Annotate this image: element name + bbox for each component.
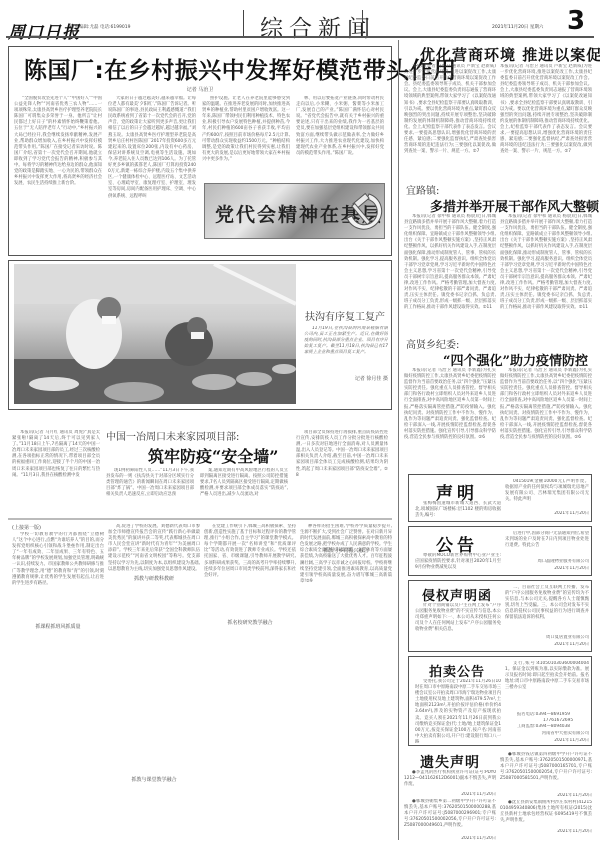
issue-date: 2021年11月20日 星期六 bbox=[492, 24, 543, 30]
section-title: 综合新闻 bbox=[260, 10, 376, 43]
notice-text: 张梅梅因遗城市新城大道西、长武大道北,项城国际广场楼栋:层1102 楼的购房收据… bbox=[415, 501, 501, 521]
notice-signature: 周口夏居置业有限公司 bbox=[505, 635, 589, 641]
continued-label: (上接第一版) bbox=[12, 524, 41, 531]
notice-text: 受委托,我公司定于2021年11月26日10时在周口市中原路南段中原二手车交易市… bbox=[415, 679, 501, 743]
notice-signature: 周口晶隆物业服务有限公司 bbox=[505, 559, 589, 565]
subheading: 抓教与乡村振兴融合 bbox=[300, 547, 392, 554]
article-kicker: 中国一冶周口未来家园项目部: bbox=[106, 428, 239, 443]
article-column: 本报讯(记者 徐中和 通讯员 杨晨)近日,郸城县宜路镇多措并举开展干部作风大整顿… bbox=[404, 214, 496, 318]
subheading: 抓教与研教科教研 bbox=[108, 575, 200, 582]
subheading: 抓课程抓班风抓质量 bbox=[12, 623, 104, 630]
article-title[interactable]: 优化营商环境 推进以案促改 bbox=[420, 44, 600, 65]
newspaper-logo: 周口日报 bbox=[8, 18, 80, 43]
party-congress-banner: 党代会精神在基层 bbox=[204, 183, 385, 239]
lead-article-column: 林、用以后要拓宽产业链条,同时带动村民走向以后,小米糊、小米粥、酱菜等小米加工厂… bbox=[296, 96, 384, 178]
subheading: 抓教与课堂教学融合 bbox=[108, 776, 200, 783]
lost-notice-date: 2021年11月20日 bbox=[404, 792, 496, 798]
lost-notice-date: 2021年11月20日 bbox=[500, 793, 592, 799]
lost-notice-date: 2021年11月20日 bbox=[404, 836, 496, 842]
article-column: 在党建工作统引下,郸城三高积极探索、坚持创新,创造性实施了基于目标和过程评价的教… bbox=[204, 524, 296, 842]
page-number: 3 bbox=[567, 6, 585, 36]
infringement-notice: 侵权声明函 针对个别商铺以及户主在网上发布“户序公园服务免收物业费”的不实宣传与… bbox=[408, 580, 592, 652]
auction-notice: 拍卖公告 受委托,我公司定于2021年11月26日10时在周口市中原路南段中原二… bbox=[408, 656, 592, 746]
notice-title: 侵权声明函 bbox=[413, 585, 501, 604]
article-column: 本报讯(记者 马治卫 通讯员 李新鑫)为扎实做好疫情防控工作,太康县高贤乡纪委把… bbox=[404, 368, 496, 472]
lost-notice-title: 遗失声明 bbox=[404, 752, 496, 772]
notice-title: 拍卖公告 bbox=[413, 661, 501, 680]
statement-notice: 声明 张梅梅因遗城市新城大道西、长武大道北,项城国际广场楼栋:层1102 楼的购… bbox=[408, 474, 592, 522]
lead-article-title[interactable]: 陈国厂:在乡村振兴中发挥好模范带头作用 bbox=[24, 52, 457, 85]
article-column: 本报讯(记者 马治卫 通讯员 卢新宝 赵新威)为进一步优化营商环境,推进以案促改… bbox=[500, 64, 592, 156]
notice-date: 2021年11月20日 bbox=[505, 511, 589, 517]
lost-notice-date: 2021年11月20日 bbox=[500, 829, 592, 835]
article-title[interactable]: 多措并举开展干部作风大整顿 bbox=[430, 196, 599, 215]
lead-article-byline: 记者 马治卫 bbox=[0, 86, 400, 93]
column-divider bbox=[398, 40, 399, 840]
article-column: 种各样的招生困难,学校办学质量稳步提升,生源不断扩大,受到社会广泛赞誉。在对日新… bbox=[300, 524, 392, 842]
photo-caption-text: 11月19日,在扶沟县的河南某鞋服有限公司内,员工正在加紧生产。近日,在做好防疫… bbox=[304, 326, 388, 374]
notice-text: 二、目前社会上及互联网上传播、发布的“户序公园服务免收物业费”的宣传均为不实信息… bbox=[505, 585, 589, 633]
lead-article-column: 大家的日子越过越美好,越来越幸福。让每位老人都有最美‘夕阳红’,”陈国厂告诉记者… bbox=[108, 96, 196, 248]
subheading: 抓名校研究教学融合 bbox=[204, 619, 296, 626]
lead-article-column: “全国脱贫攻坚先进个人”“中国好人”“中国公益先锋人物”“河南省优秀三农人物”…… bbox=[14, 96, 102, 248]
article-column: 本报讯(记者 马治卫 通讯员 李新鑫)为扎实做好疫情防控工作,太康县高贤乡纪委把… bbox=[500, 368, 592, 472]
article-column: 本报讯(记者 徐中和 通讯员 杨晨)近日,郸城县宜路镇多措并举开展干部作风大整顿… bbox=[500, 214, 592, 318]
lost-notice-item: ●李孟兆的医疗机构执业许可证(证号:PDY01212—041162612D600… bbox=[404, 770, 496, 792]
lost-notice-item: ●沈丘县新安集镇佣所村沙庄农村村(412150104959340806)集体土地… bbox=[500, 800, 592, 828]
article-kicker: 宜路镇: bbox=[406, 182, 439, 197]
photo-caption-title: 扶沟有序复工复产 bbox=[305, 308, 385, 323]
notice-date: 2021年11月20日 bbox=[505, 738, 589, 744]
article-column: 案,通知近期有中高风险地区行程的人员立即到隔离区接受进行隔离。按照公司防控措施要… bbox=[200, 468, 288, 514]
masthead-rule bbox=[6, 36, 594, 38]
notice-text: 0415019(金额10000元),声明作废。收据原产业的任何债权均与项城瑞光房… bbox=[505, 479, 589, 509]
masthead-divider bbox=[243, 10, 244, 36]
article-column: 本报讯(记者 马治卫 通讯员 卢新宝 赵新威)为进一步优化营商环境,推进以案促改… bbox=[404, 64, 496, 156]
photo-credit: 记者 徐月佳 摄 bbox=[304, 375, 388, 382]
notice-date: 2021年11月20日 bbox=[505, 566, 589, 572]
article-kicker: 高贤乡纪委: bbox=[406, 336, 459, 351]
factory-workers-photo bbox=[14, 264, 296, 404]
notice-text: 尊敬的MOCO新世界购物中心业户业主:应国家疫情防控要求,针对项目2020年1月… bbox=[415, 553, 501, 573]
notice-text: 针对个别商铺以及户主在网上发布“户序公园服务免收物业费”的不实宣传与信息,本公司… bbox=[415, 603, 501, 649]
notice-text: 支行,账号:41050103036000040041。保证金以到账为准,以实际缴… bbox=[505, 661, 589, 711]
notice-text: 后进行中,因部分商户无法通知到位,希望未到场的业户及时在7日内到项目物业处进行退… bbox=[505, 531, 589, 555]
article-column: 现1例初筛阳性人员……”11月3日下午,我县发布的一则《扶沟县关于对部分区域实行… bbox=[106, 468, 194, 514]
section-divider bbox=[8, 518, 392, 520]
lost-notice-item: ●郸城县朝集乡第二初级中学开户许可证不慎丢失,基本户账号:37620501500… bbox=[404, 799, 496, 835]
lead-article-column: 照护设施。让老人在养老院里能够感受到家的温暖。在推进养老发展的同时,加快推进高贤… bbox=[202, 96, 290, 178]
announcement-notice: 公告 尊敬的MOCO新世界购物中心业户业主:应国家疫情防控要求,针对项目2020… bbox=[408, 526, 592, 576]
article-column: 本报讯(记者 马月红 通讯员 周虎)“真是太紧张啦!隔离了14天后,终于可以见到… bbox=[12, 430, 100, 514]
article-column: 学校一切教育教学的行为都围绕“立德树人”这个中心进行,点燃“为谁培养人”的目的,… bbox=[12, 532, 104, 842]
article-title[interactable]: 筑牢防疫“安全墙” bbox=[148, 444, 278, 467]
masthead-divider bbox=[362, 10, 363, 36]
contact-phone: 工商监督:0394—8094038 bbox=[517, 724, 589, 730]
lost-notice-item: ●郸城县钱店镇第四初级中学开户许可证不慎丢失,基本户账号:37620501500… bbox=[500, 752, 592, 792]
article-column: 高,促进了学校的发展。刘德新代表周口市参加全市师德宣传报告会的宣传“践行新心举做… bbox=[108, 524, 200, 842]
editor-info: 值班编辑:尤磊 电话:6199019 bbox=[70, 24, 131, 30]
notice-date: 2021年11月20日 bbox=[505, 642, 589, 648]
photo-illustration bbox=[14, 264, 296, 404]
article-title[interactable]: “四个强化”助力疫情防控 bbox=[443, 350, 588, 369]
article-column: 项目部全员保持进行再摸排,重点防疫防控进行宣传,安排防疫人员工作分批分批进行核酸… bbox=[296, 430, 388, 514]
notice-signature: 河南省中大拍卖有限公司 bbox=[505, 731, 589, 737]
hammer-sickle-icon bbox=[339, 188, 383, 236]
